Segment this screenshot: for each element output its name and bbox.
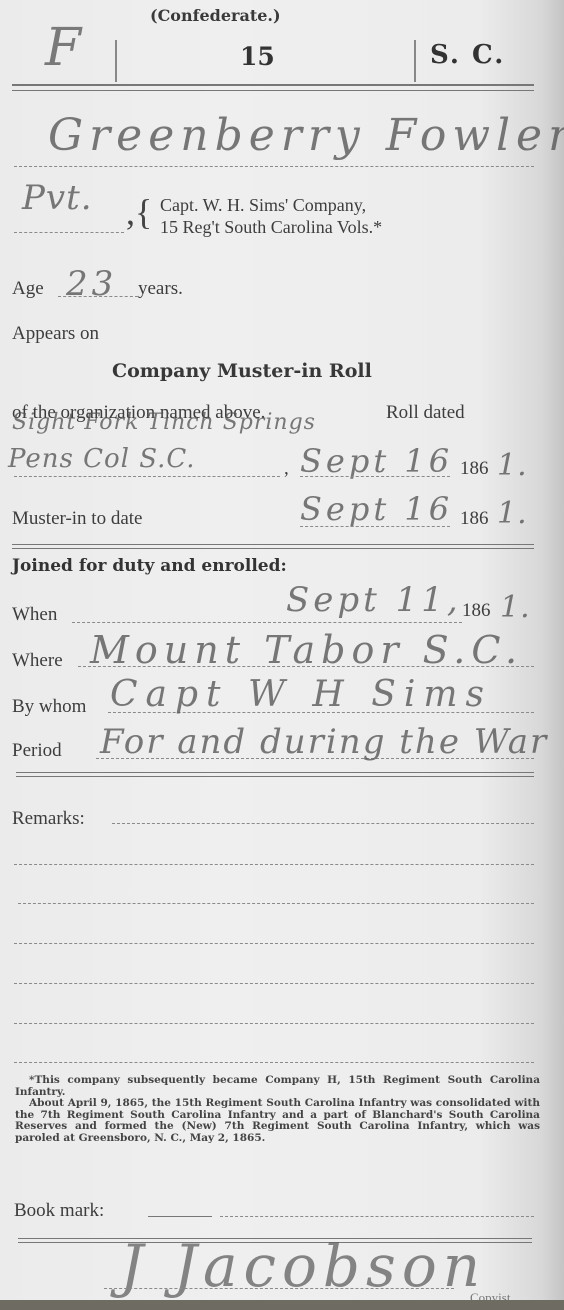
header-rule-top xyxy=(12,84,534,86)
state-abbrev: S. C. xyxy=(430,40,505,70)
rank-line xyxy=(14,232,124,233)
age-value: 23 xyxy=(66,264,117,304)
book-mark-solid xyxy=(148,1216,212,1217)
roll-dated-label: Roll dated xyxy=(386,402,465,424)
footnote-paragraph-2: About April 9, 1865, the 15th Regiment S… xyxy=(15,1098,540,1144)
regiment-number: 15 xyxy=(240,42,275,71)
section-rule-1b xyxy=(12,548,534,549)
age-line xyxy=(58,296,138,297)
roll-place-line xyxy=(14,476,280,477)
where-value: Mount Tabor S.C. xyxy=(90,628,523,672)
roll-comma: , xyxy=(284,458,289,480)
muster-in-year-handwritten: 1. xyxy=(497,496,528,531)
where-label: Where xyxy=(12,650,63,672)
remarks-label: Remarks: xyxy=(12,808,85,830)
book-mark-line xyxy=(220,1216,534,1217)
copyist-signature: J Jacobson xyxy=(120,1232,486,1300)
when-line xyxy=(72,622,462,623)
remarks-line-1 xyxy=(14,864,534,865)
muster-in-year-printed: 186 xyxy=(460,508,489,530)
appears-on-label: Appears on xyxy=(12,323,99,345)
header-rule-bottom xyxy=(12,90,534,91)
age-suffix: years. xyxy=(138,278,183,300)
when-year-handwritten: 1. xyxy=(500,590,531,625)
when-year-printed: 186 xyxy=(462,600,491,622)
joined-heading: Joined for duty and enrolled: xyxy=(12,556,287,576)
muster-in-label: Muster-in to date xyxy=(12,508,142,530)
header-divider-left xyxy=(115,40,117,82)
company-line-2: 15 Reg't South Carolina Vols.* xyxy=(160,217,382,238)
roll-year-handwritten: 1. xyxy=(497,448,528,483)
age-label: Age xyxy=(12,278,44,300)
remarks-line-2 xyxy=(18,903,534,904)
book-mark-label: Book mark: xyxy=(14,1200,104,1222)
roll-title: Company Muster-in Roll xyxy=(112,360,372,382)
company-line-1: Capt. W. H. Sims' Company, xyxy=(160,195,366,216)
when-date: Sept 11, xyxy=(286,580,462,620)
service-record-card: (Confederate.) F 15 S. C. Greenberry Fow… xyxy=(0,0,564,1300)
roll-date-line xyxy=(300,476,450,477)
roll-date: Sept 16 xyxy=(300,442,453,480)
footnote-paragraph-1: *This company subsequently became Compan… xyxy=(15,1075,540,1098)
name-line xyxy=(14,166,534,167)
by-whom-label: By whom xyxy=(12,696,86,718)
section-rule-2b xyxy=(16,776,534,777)
remarks-line-4 xyxy=(14,983,534,984)
remarks-line-3 xyxy=(14,943,534,944)
muster-in-date: Sept 16 xyxy=(300,490,453,528)
remarks-line-5 xyxy=(14,1023,534,1024)
remarks-line-0 xyxy=(112,823,534,824)
signature-line xyxy=(104,1288,454,1289)
soldier-rank: Pvt. xyxy=(22,178,93,218)
by-whom-value: Capt W H Sims xyxy=(110,674,492,715)
muster-in-line xyxy=(300,526,450,527)
classification-label: (Confederate.) xyxy=(150,6,281,25)
soldier-name: Greenberry Fowler xyxy=(48,110,564,161)
header-divider-right xyxy=(414,40,416,82)
handwritten-initial: F xyxy=(45,18,82,78)
roll-place-line-1: Sight Fork Tinch Springs xyxy=(12,410,316,435)
remarks-line-6 xyxy=(14,1062,534,1063)
when-label: When xyxy=(12,604,57,626)
period-label: Period xyxy=(12,740,62,762)
scan-border xyxy=(0,1300,564,1310)
brace: ,{ xyxy=(126,194,152,230)
period-value: For and during the War xyxy=(100,722,548,762)
footnote: *This company subsequently became Compan… xyxy=(15,1075,540,1144)
roll-year-printed: 186 xyxy=(460,458,489,480)
section-rule-1 xyxy=(12,544,534,545)
roll-place-line-2: Pens Col S.C. xyxy=(8,444,196,474)
section-rule-2 xyxy=(16,772,534,773)
